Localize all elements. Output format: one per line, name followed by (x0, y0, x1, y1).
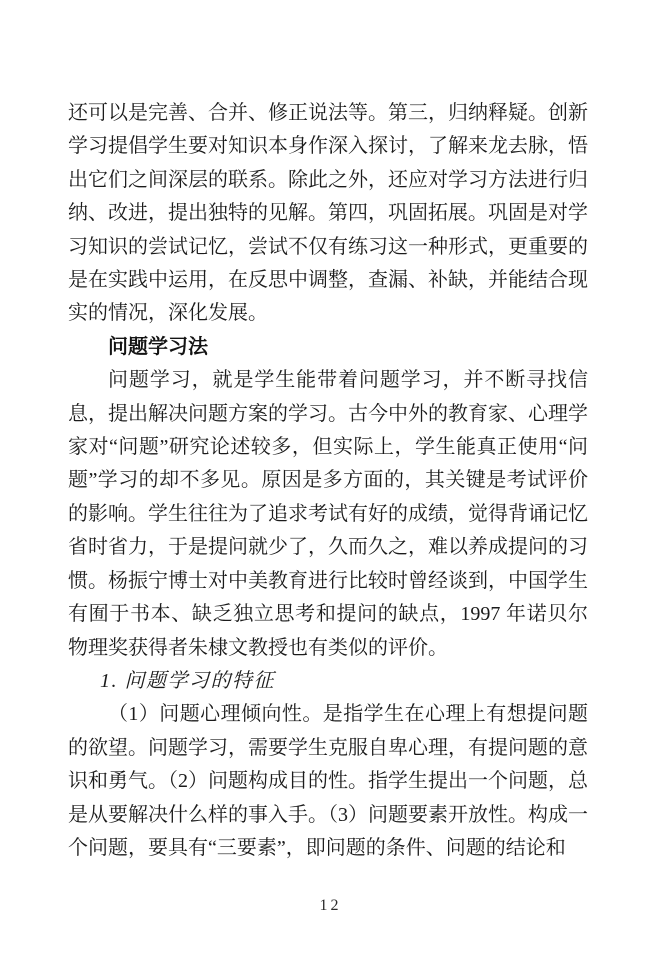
document-page: 还可以是完善、合并、修正说法等。第三，归纳释疑。创新学习提倡学生要对知识本身作深… (0, 0, 661, 959)
body-paragraph: （1）问题心理倾向性。是指学生在心理上有想提问题的欲望。问题学习，需要学生克服自… (68, 698, 588, 865)
body-paragraph: 还可以是完善、合并、修正说法等。第三，归纳释疑。创新学习提倡学生要对知识本身作深… (68, 97, 588, 331)
text-body: 还可以是完善、合并、修正说法等。第三，归纳释疑。创新学习提倡学生要对知识本身作深… (68, 97, 588, 865)
section-heading: 问题学习法 (68, 331, 588, 364)
sub-heading: 1. 问题学习的特征 (68, 665, 588, 698)
page-number: 12 (0, 897, 661, 915)
body-paragraph: 问题学习，就是学生能带着问题学习，并不断寻找信息，提出解决问题方案的学习。古今中… (68, 364, 588, 665)
